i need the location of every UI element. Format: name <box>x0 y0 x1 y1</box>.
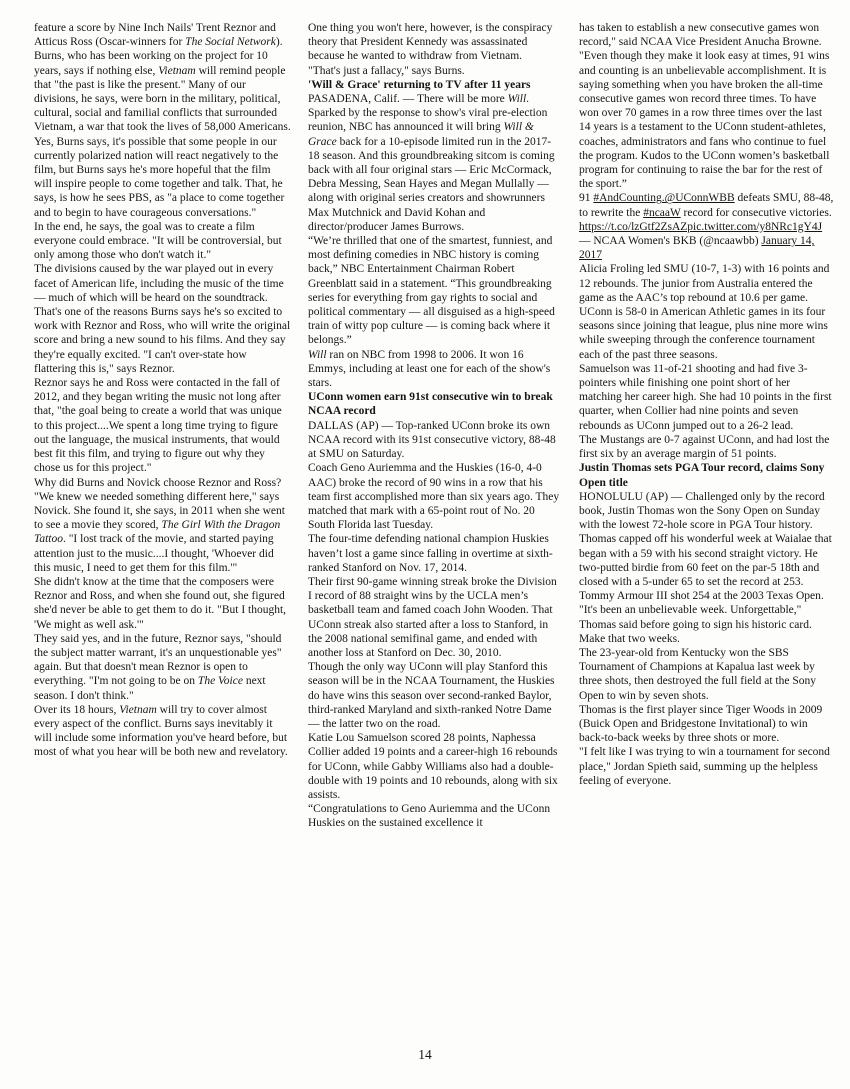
paragraph: The Mustangs are 0-7 against UConn, and … <box>579 433 835 461</box>
text-run: Tommy Armour III shot 254 at the 2003 Te… <box>579 590 824 602</box>
paragraph: Yes, Burns says, it's possible that some… <box>34 135 291 220</box>
text-run: “We’re thrilled that one of the smartest… <box>308 235 555 346</box>
text-run: In the end, he says, the goal was to cre… <box>34 221 282 261</box>
text-run: Samuelson was 11-of-21 shooting and had … <box>579 363 832 432</box>
paragraph: Make that two weeks. <box>579 632 835 646</box>
text-run: Thomas capped off his wonderful week at … <box>579 533 832 588</box>
column-layout: feature a score by Nine Inch Nails' Tren… <box>34 21 835 831</box>
paragraph: Will ran on NBC from 1998 to 2006. It wo… <box>308 348 562 391</box>
text-run: "I felt like I was trying to win a tourn… <box>579 746 830 786</box>
paragraph: Burns, who has been working on the proje… <box>34 49 291 134</box>
text-run: Katie Lou Samuelson scored 28 points, Na… <box>308 732 558 801</box>
paragraph: Thomas capped off his wonderful week at … <box>579 532 835 589</box>
text-run: Thomas is the first player since Tiger W… <box>579 704 822 744</box>
text-column-left: feature a score by Nine Inch Nails' Tren… <box>34 21 291 831</box>
hyperlink[interactable]: https://t.co/lzGtf2ZsAZpic.twitter.com/y… <box>579 221 822 233</box>
text-run: record for consecutive victories. <box>681 207 832 219</box>
text-run: Though the only way UConn will play Stan… <box>308 661 555 730</box>
paragraph: "That's just a fallacy," says Burns. <box>308 64 562 78</box>
paragraph: Why did Burns and Novick choose Reznor a… <box>34 476 291 575</box>
paragraph: HONOLULU (AP) — Challenged only by the r… <box>579 490 835 533</box>
paragraph: Katie Lou Samuelson scored 28 points, Na… <box>308 731 562 802</box>
text-run: . <box>526 93 529 105</box>
paragraph: DALLAS (AP) — Top-ranked UConn broke its… <box>308 419 562 462</box>
article-heading: 'Will & Grace' returning to TV after 11 … <box>308 78 562 92</box>
paragraph: "It's been an unbelievable week. Unforge… <box>579 603 835 631</box>
text-run: Will <box>508 93 527 105</box>
paragraph: Sparked by the response to show's viral … <box>308 106 562 234</box>
paragraph: feature a score by Nine Inch Nails' Tren… <box>34 21 291 49</box>
text-column-right: has taken to establish a new consecutive… <box>579 21 835 831</box>
text-run: She didn't know at the time that the com… <box>34 576 286 631</box>
paragraph: UConn is 58-0 in American Athletic games… <box>579 305 835 362</box>
paragraph: https://t.co/lzGtf2ZsAZpic.twitter.com/y… <box>579 220 835 234</box>
paragraph: Alicia Froling led SMU (10-7, 1-3) with … <box>579 262 835 305</box>
text-run: 'Will & Grace' returning to TV after 11 … <box>308 79 531 91</box>
paragraph: Coach Geno Auriemma and the Huskies (16-… <box>308 461 562 532</box>
paragraph: has taken to establish a new consecutive… <box>579 21 835 191</box>
text-run: has taken to establish a new consecutive… <box>579 22 829 190</box>
text-run: Will <box>308 349 327 361</box>
text-run: The Voice <box>198 675 243 687</box>
hyperlink[interactable]: #AndCounting.@UConnWBB <box>593 192 734 204</box>
text-run: “Congratulations to Geno Auriemma and th… <box>308 803 550 829</box>
text-run: Yes, Burns says, it's possible that some… <box>34 136 284 219</box>
hyperlink[interactable]: #ncaaW <box>643 207 680 219</box>
text-run: — NCAA Women's BKB (@ncaawbb) <box>579 235 761 247</box>
text-run: Coach Geno Auriemma and the Huskies (16-… <box>308 462 559 531</box>
text-run: Vietnam <box>119 704 156 716</box>
text-run: "That's just a fallacy," says Burns. <box>308 65 465 77</box>
text-run: The 23-year-old from Kentucky won the SB… <box>579 647 816 702</box>
paragraph: Tommy Armour III shot 254 at the 2003 Te… <box>579 589 835 603</box>
paragraph: The four-time defending national champio… <box>308 532 562 575</box>
text-run: HONOLULU (AP) — Challenged only by the r… <box>579 491 825 531</box>
text-run: Justin Thomas sets PGA Tour record, clai… <box>579 462 824 488</box>
paragraph: Thomas is the first player since Tiger W… <box>579 703 835 746</box>
text-run: UConn is 58-0 in American Athletic games… <box>579 306 828 361</box>
text-run: The divisions caused by the war played o… <box>34 263 290 374</box>
text-run: Make that two weeks. <box>579 633 680 645</box>
text-run: UConn women earn 91st consecutive win to… <box>308 391 553 417</box>
text-run: Vietnam <box>158 65 195 77</box>
paragraph: Their first 90-game winning streak broke… <box>308 575 562 660</box>
paragraph: “We’re thrilled that one of the smartest… <box>308 234 562 348</box>
text-run: PASADENA, Calif. — There will be more <box>308 93 508 105</box>
text-run: "It's been an unbelievable week. Unforge… <box>579 604 812 630</box>
article-heading: UConn women earn 91st consecutive win to… <box>308 390 562 418</box>
paragraph: 91 #AndCounting.@UConnWBB defeats SMU, 8… <box>579 191 835 219</box>
paragraph: "I felt like I was trying to win a tourn… <box>579 745 835 788</box>
paragraph: One thing you won't here, however, is th… <box>308 21 562 64</box>
text-run: back for a 10-episode limited run in the… <box>308 136 555 233</box>
text-column-center: One thing you won't here, however, is th… <box>308 21 562 831</box>
text-run: ran on NBC from 1998 to 2006. It won 16 … <box>308 349 550 389</box>
text-run: 91 <box>579 192 593 204</box>
text-run: One thing you won't here, however, is th… <box>308 22 552 62</box>
page-number: 14 <box>0 1047 850 1063</box>
scanned-newsletter-page: feature a score by Nine Inch Nails' Tren… <box>0 0 850 1089</box>
text-run: The four-time defending national champio… <box>308 533 553 573</box>
paragraph: “Congratulations to Geno Auriemma and th… <box>308 802 562 830</box>
text-run: The Social Network <box>185 36 276 48</box>
paragraph: Though the only way UConn will play Stan… <box>308 660 562 731</box>
paragraph: Over its 18 hours, Vietnam will try to c… <box>34 703 291 760</box>
article-heading: Justin Thomas sets PGA Tour record, clai… <box>579 461 835 489</box>
text-run: . "I lost track of the movie, and starte… <box>34 533 274 573</box>
paragraph: Reznor says he and Ross were contacted i… <box>34 376 291 475</box>
text-run: Reznor says he and Ross were contacted i… <box>34 377 282 474</box>
paragraph: In the end, he says, the goal was to cre… <box>34 220 291 263</box>
text-run: Alicia Froling led SMU (10-7, 1-3) with … <box>579 263 829 303</box>
paragraph: She didn't know at the time that the com… <box>34 575 291 632</box>
paragraph: The 23-year-old from Kentucky won the SB… <box>579 646 835 703</box>
paragraph: — NCAA Women's BKB (@ncaawbb) January 14… <box>579 234 835 262</box>
text-run: ). <box>276 36 283 48</box>
text-run: The Mustangs are 0-7 against UConn, and … <box>579 434 829 460</box>
paragraph: They said yes, and in the future, Reznor… <box>34 632 291 703</box>
paragraph: Samuelson was 11-of-21 shooting and had … <box>579 362 835 433</box>
paragraph: PASADENA, Calif. — There will be more Wi… <box>308 92 562 106</box>
paragraph: The divisions caused by the war played o… <box>34 262 291 376</box>
text-run: Over its 18 hours, <box>34 704 119 716</box>
text-run: DALLAS (AP) — Top-ranked UConn broke its… <box>308 420 556 460</box>
text-run: Their first 90-game winning streak broke… <box>308 576 557 659</box>
